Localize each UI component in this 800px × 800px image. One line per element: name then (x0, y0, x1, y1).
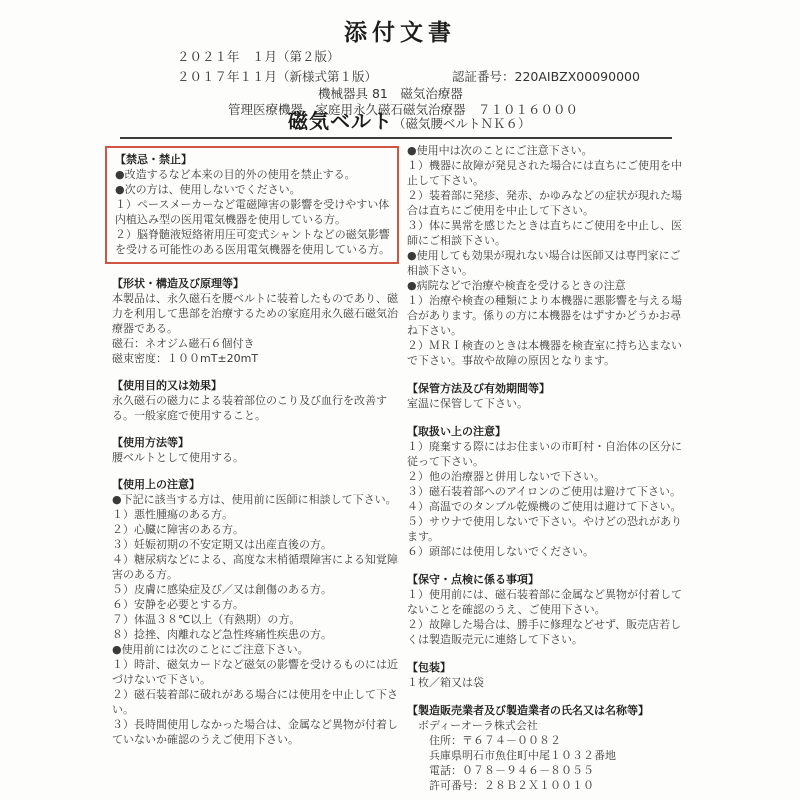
contraindication-box: 【禁忌・禁止】 ●改造するなど本来の目的外の使用を禁止する。 ●次の方は、使用し… (105, 146, 399, 264)
section-paragraph: 腰ベルトとして使用する。 (112, 450, 400, 465)
section-paragraph: ４）糖尿病などによる、高度な末梢循環障害による知覚障害のある方。 (112, 552, 400, 582)
document-section: 【使用上の注意】●下記に該当する方は、使用前に医師に相談して下さい。１）悪性腫瘍… (112, 477, 400, 747)
section-paragraph: １枚／箱又は袋 (407, 675, 689, 690)
section-paragraph: １）時計、磁気カードなど磁気の影響を受けるものには近づけないで下さい。 (112, 657, 400, 687)
document-section: 【取扱い上の注意】１）廃棄する際にはお住まいの市町村・自治体の区分に従って下さい… (407, 424, 689, 559)
section-heading: 【保守・点検に係る事項】 (407, 572, 689, 587)
section-paragraph: ●使用中は次のことにご注意下さい。 (407, 143, 689, 158)
product-name-line: 磁気ベルト（磁気腰ベルトＮＫ６） (288, 105, 531, 134)
document-section: ●使用中は次のことにご注意下さい。１）機器に故障が発見された場合には直ちにご使用… (407, 143, 689, 368)
contraindication-line: ●改造するなど本来の目的外の使用を禁止する。 (115, 167, 392, 182)
right-sections: ●使用中は次のことにご注意下さい。１）機器に故障が発見された場合には直ちにご使用… (407, 143, 689, 793)
document-section: 【保管方法及び有効期間等】室温に保管して下さい。 (407, 381, 689, 411)
section-paragraph: ２）他の治療器と併用しないで下さい。 (407, 469, 689, 484)
left-column: 【禁忌・禁止】 ●改造するなど本来の目的外の使用を禁止する。 ●次の方は、使用し… (112, 146, 400, 747)
section-paragraph: ３）妊娠初期の不安定期又は出産直後の方。 (112, 537, 400, 552)
section-paragraph: ２）装着部に発疹、発赤、かゆみなどの症状が現れた場合は直ちにご使用を中止して下さ… (407, 188, 689, 218)
section-paragraph: 室温に保管して下さい。 (407, 396, 689, 411)
section-heading: 【製造販売業者及び製造業者の氏名又は名称等】 (407, 703, 689, 718)
document-section: 【使用目的又は効果】永久磁石の磁力による装着部位のこり及び血行を改善する。一般家… (112, 378, 400, 423)
section-paragraph: ３）体に異常を感じたときは直ちにご使用を中止し、医師にご相談下さい。 (407, 218, 689, 248)
section-paragraph: ８）捻挫、肉離れなど急性疼痛性疾患の方。 (112, 627, 400, 642)
section-paragraph: １）治療や検査の種類により本機器に悪影響を与える場合があります。係りの方に本機器… (407, 293, 689, 338)
section-paragraph: ２）ＭＲＩ検査のときは本機器を検査室に持ち込まないで下さい。事故や故障の原因とな… (407, 338, 689, 368)
section-paragraph: 許可番号：２８Ｂ２Ｘ１００１０ (407, 778, 689, 793)
section-paragraph: ７）体温３８℃以上（有熱期）の方。 (112, 612, 400, 627)
section-paragraph: ５）サウナで使用しないで下さい。やけどの恐れがあります。 (407, 514, 689, 544)
section-paragraph: ●使用前には次のことにご注意下さい。 (112, 642, 400, 657)
section-paragraph: １）廃棄する際にはお住まいの市町村・自治体の区分に従って下さい。 (407, 439, 689, 469)
section-paragraph: ６）頭部には使用しないでください。 (407, 544, 689, 559)
header-divider (120, 137, 672, 139)
section-paragraph: ボディーオーラ株式会社 (407, 718, 689, 733)
contraindication-line: ●次の方は、使用しないでください。 (115, 182, 392, 197)
section-paragraph: ３）長時間使用しなかった場合は、金属など異物が付着していないか確認のうえご使用下… (112, 717, 400, 747)
document-section: 【包装】１枚／箱又は袋 (407, 660, 689, 690)
contraindication-line: ２）脳脊髄液短絡術用圧可変式シャントなどの磁気影響を受ける可能性のある医用電気機… (115, 227, 392, 257)
section-paragraph: ３）磁石装着部へのアイロンのご使用は避けて下さい。 (407, 484, 689, 499)
revision-line-1: ２０２１年 １月（第２版） (177, 47, 340, 65)
section-paragraph: ●病院などで治療や検査を受けるときの注意 (407, 278, 689, 293)
section-heading: 【使用目的又は効果】 (112, 378, 400, 393)
section-paragraph: 磁束密度：１００mT±20mT (112, 351, 400, 366)
section-paragraph: 住所：〒６７４－００８２ (407, 733, 689, 748)
section-paragraph: 永久磁石の磁力による装着部位のこり及び血行を改善する。一般家庭で使用すること。 (112, 393, 400, 423)
product-name-sub: （磁気腰ベルトＮＫ６） (393, 116, 531, 131)
section-paragraph: ●下記に該当する方は、使用前に医師に相談して下さい。 (112, 492, 400, 507)
document-section: 【形状・構造及び原理等】本製品は、永久磁石を腰ベルトに装着したものであり、磁力を… (112, 276, 400, 366)
section-paragraph: ４）高温でのタンブル乾燥機のご使用は避けて下さい。 (407, 499, 689, 514)
section-paragraph: 磁石：ネオジム磁石６個付き (112, 336, 400, 351)
section-heading: 【包装】 (407, 660, 689, 675)
document-title: 添付文書 (0, 14, 800, 47)
section-paragraph: １）使用前には、磁石装着部に金属など異物が付着してないことを確認のうえ、ご使用下… (407, 587, 689, 617)
section-heading: 【形状・構造及び原理等】 (112, 276, 400, 291)
section-heading: 【保管方法及び有効期間等】 (407, 381, 689, 396)
section-heading: 【使用方法等】 (112, 435, 400, 450)
document-section: 【使用方法等】腰ベルトとして使用する。 (112, 435, 400, 465)
revision-line-2: ２０１７年１１月（新様式第１版） (177, 67, 377, 85)
section-paragraph: 本製品は、永久磁石を腰ベルトに装着したものであり、磁力を利用して患部を治療するた… (112, 291, 400, 336)
document-section: 【保守・点検に係る事項】１）使用前には、磁石装着部に金属など異物が付着してないこ… (407, 572, 689, 647)
package-insert-document: 添付文書 ２０２１年 １月（第２版） ２０１７年１１月（新様式第１版） 認証番号… (0, 0, 800, 800)
contraindication-heading: 【禁忌・禁止】 (115, 152, 392, 167)
product-name: 磁気ベルト (288, 109, 393, 133)
section-paragraph: １）機器に故障が発見された場合には直ちにご使用を中止して下さい。 (407, 158, 689, 188)
section-paragraph: ２）故障した場合は、勝手に修理などせず、販売店若しくは製造販売元に連絡して下さい… (407, 617, 689, 647)
section-heading: 【使用上の注意】 (112, 477, 400, 492)
certification-number: 認証番号：220AIBZX00090000 (452, 67, 640, 85)
section-paragraph: 電話：０７８－９４６－８０５５ (407, 763, 689, 778)
section-paragraph: ２）磁石装着部に破れがある場合には使用を中止して下さい。 (112, 687, 400, 717)
section-paragraph: ５）皮膚に感染症及び／又は創傷のある方。 (112, 582, 400, 597)
right-column: ●使用中は次のことにご注意下さい。１）機器に故障が発見された場合には直ちにご使用… (407, 143, 689, 793)
section-paragraph: ２）心臓に障害のある方。 (112, 522, 400, 537)
section-paragraph: 兵庫県明石市魚住町中尾１０３２番地 (407, 748, 689, 763)
section-paragraph: １）悪性腫瘍のある方。 (112, 507, 400, 522)
section-heading: 【取扱い上の注意】 (407, 424, 689, 439)
left-sections: 【形状・構造及び原理等】本製品は、永久磁石を腰ベルトに装着したものであり、磁力を… (112, 276, 400, 747)
section-paragraph: ６）安静を必要とする方。 (112, 597, 400, 612)
section-paragraph: ●使用しても効果が現れない場合は医師又は専門家にご相談下さい。 (407, 248, 689, 278)
document-section: 【製造販売業者及び製造業者の氏名又は名称等】 ボディーオーラ株式会社 住所：〒６… (407, 703, 689, 793)
contraindication-line: １）ペースメーカーなど電磁障害の影響を受けやすい体内植込み型の医用電気機器を使用… (115, 197, 392, 227)
